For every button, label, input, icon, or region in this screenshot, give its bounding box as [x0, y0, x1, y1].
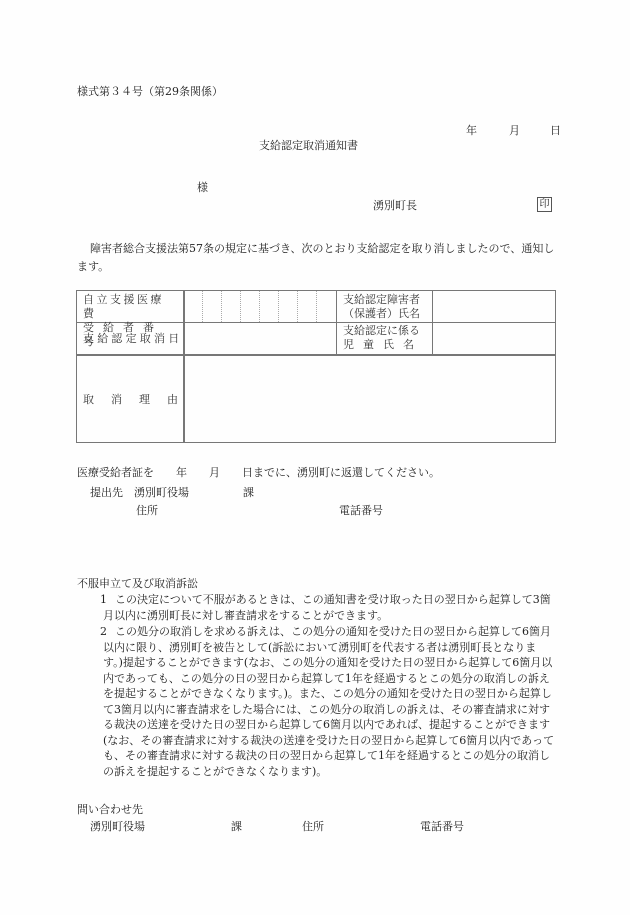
item-number: 2: [100, 624, 107, 640]
submit-office: 湧別町役場: [134, 486, 189, 499]
label-line: 支給認定に係る: [343, 324, 423, 338]
item-text: この決定について不服があるときは、この通知書を受け取った日の翌日から起算して3箇…: [89, 592, 555, 623]
appeal-item-1: 1 この決定について不服があるときは、この通知書を受け取った日の翌日から起算して…: [103, 592, 555, 623]
item-number: 1: [100, 592, 107, 608]
recipient-name-label: 支給認定障害者 （保護者）氏名: [343, 293, 420, 321]
col-divider: [336, 291, 337, 354]
cancellation-reason-label: 取消理由: [83, 393, 195, 407]
return-year-label: 年: [176, 466, 187, 479]
inquiry-address-label: 住所: [302, 821, 324, 832]
label-line: （保護者）氏名: [343, 307, 420, 321]
cancellation-date-field[interactable]: [185, 323, 336, 354]
submit-phone-label: 電話番号: [339, 505, 383, 516]
cancellation-table: 自立支援医療費 受給者番号 支給認定障害者 （保護者）氏名 支給認定取消日 支給…: [76, 290, 556, 443]
label-line: 児童氏名: [343, 338, 423, 352]
submit-address-label: 住所: [136, 505, 158, 516]
inquiry-office: 湧別町役場: [90, 821, 145, 832]
form-number: 様式第３４号（第29条関係）: [77, 86, 223, 97]
issuer-name: 湧別町長: [373, 200, 417, 211]
date-day-label: 日: [550, 125, 561, 136]
cancellation-reason-field[interactable]: [185, 356, 555, 442]
return-notice: 医療受給者証を年月日までに、湧別町に返還してください。: [77, 467, 440, 478]
child-name-label: 支給認定に係る 児童氏名: [343, 324, 423, 352]
recipient-name-field[interactable]: [434, 291, 555, 322]
cancellation-date-label: 支給認定取消日: [83, 332, 182, 346]
inquiry-dept: 課: [231, 821, 242, 832]
recipient-number-field[interactable]: [185, 291, 336, 322]
submit-label: 提出先: [90, 486, 123, 499]
date-line: 年月日: [466, 125, 561, 136]
appeal-title: 不服申立て及び取消訴訟: [77, 578, 198, 589]
label-line: 支給認定障害者: [343, 293, 420, 307]
col-divider: [432, 291, 433, 354]
inquiry-title: 問い合わせ先: [77, 804, 143, 815]
document-title: 支給認定取消通知書: [259, 140, 358, 151]
addressee-suffix: 様: [197, 182, 208, 193]
inquiry-phone-label: 電話番号: [420, 821, 464, 832]
date-year-label: 年: [466, 125, 477, 136]
submit-destination: 提出先湧別町役場課: [90, 487, 254, 498]
appeal-item-2: 2 この処分の取消しを求める訴えは、この処分の通知を受けた日の翌日から起算して6…: [103, 624, 555, 779]
item-text: この処分の取消しを求める訴えは、この処分の通知を受けた日の翌日から起算して6箇月…: [89, 624, 555, 779]
submit-dept: 課: [243, 486, 254, 499]
intro-text: 障害者総合支援法第57条の規定に基づき、次のとおり支給認定を取り消しましたので、…: [77, 240, 557, 276]
return-month-label: 月: [209, 466, 220, 479]
label-line: 自立支援医療費: [83, 293, 177, 321]
seal-mark: 印: [537, 197, 552, 212]
child-name-field[interactable]: [434, 323, 555, 354]
return-text-prefix: 医療受給者証を: [77, 466, 154, 479]
return-text-suffix: 日までに、湧別町に返還してください。: [242, 466, 440, 479]
date-month-label: 月: [509, 125, 520, 136]
